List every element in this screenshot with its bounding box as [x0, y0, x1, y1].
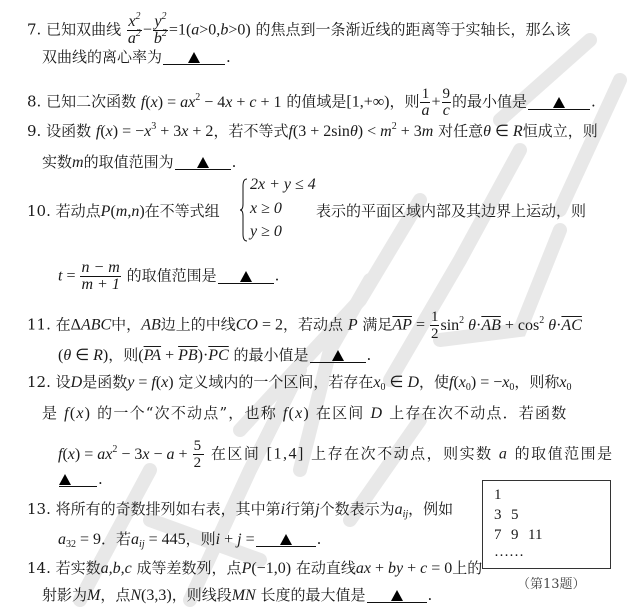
- formula: aij: [395, 501, 409, 518]
- problem-text: ，则称: [514, 373, 559, 391]
- formula: f(3 + 2sinθ) < m2 + 3m: [288, 123, 433, 140]
- formula: (θ ∈ R): [58, 347, 108, 364]
- problem-text: 成等差数列，点: [137, 559, 242, 577]
- problem-text: ，则线段: [172, 586, 232, 604]
- table-row: 7911: [494, 527, 545, 544]
- table-row: 35: [494, 507, 528, 524]
- fraction-x2-a2: x2a2: [127, 14, 142, 47]
- fraction-1-a: 1a: [420, 86, 430, 119]
- inequality-row: y ≥ 0: [250, 223, 282, 241]
- problem-text: 设函数: [46, 122, 91, 140]
- answer-blank[interactable]: [218, 269, 274, 284]
- problem-number: 13.: [27, 500, 51, 518]
- problem-text: 射影为: [42, 586, 87, 604]
- period: .: [591, 93, 596, 111]
- problem-13-line2: a32 = 9．若aij = 445，则i + j =.: [58, 530, 321, 549]
- inequality-row: x ≥ 0: [250, 200, 282, 218]
- problem-text: 在区间: [211, 445, 261, 463]
- problem-number: 10.: [27, 202, 51, 220]
- problem-text: ，则: [389, 93, 419, 111]
- problem-text: 上的: [452, 559, 482, 577]
- fraction-five-halves: 52: [193, 438, 204, 471]
- formula: ax + by + c = 0: [356, 560, 452, 577]
- formula: f(x): [64, 405, 91, 422]
- formula: N(3,3): [130, 587, 171, 604]
- problem-text: 的一个“次不动点”，也称: [97, 404, 277, 422]
- problem-14-line2: 射影为M，点N(3,3)，则线段MN 长度的最大值是.: [42, 586, 432, 605]
- problem-12-line4: .: [58, 470, 103, 488]
- inequality-row: 2x + y ≤ 4: [250, 176, 316, 194]
- formula: P(m,n): [101, 203, 145, 220]
- answer-blank[interactable]: [59, 472, 97, 487]
- triangle-marker-icon: [59, 474, 71, 485]
- formula: MN: [232, 587, 256, 604]
- fraction-9-c: 9c: [442, 86, 452, 119]
- formula: ΔABC: [71, 317, 112, 334]
- formula: D: [71, 374, 83, 391]
- problem-7-line1: 7. 已知双曲线 x2a2−y2b2=1(a>0,b>0) 的焦点到一条渐近线的…: [27, 14, 570, 47]
- problem-text: 对任意: [438, 122, 483, 140]
- triangle-marker-icon: [240, 271, 252, 282]
- formula: y = f(x): [127, 374, 173, 391]
- triangle-marker-icon: [553, 97, 565, 108]
- problem-text: 上存在次不动点，则实数: [311, 445, 493, 463]
- problem-text: 已知二次函数: [46, 93, 136, 111]
- problem-text: ．若: [101, 530, 131, 548]
- problem-11-line1: 11. 在ΔABC中，AB边上的中线CO = 2，若动点 P 满足AP = 12…: [27, 309, 582, 342]
- formula: CO = 2: [236, 317, 283, 334]
- answer-blank[interactable]: [163, 50, 225, 65]
- table-row: 1: [494, 487, 511, 504]
- problem-8-line1: 8. 已知二次函数 f(x) = ax2 − 4x + c + 1 的值域是[1…: [27, 86, 596, 119]
- problem-text: 将所有的奇数排列如右表，其中第: [56, 500, 281, 518]
- left-brace-icon: [240, 178, 248, 242]
- problem-10-line2: t = n − mm + 1 的取值范围是.: [58, 260, 279, 293]
- problem-text: 实数: [42, 153, 72, 171]
- problem-text: ，点: [100, 586, 130, 604]
- table-cell: 1: [494, 487, 511, 504]
- formula: x0 ∈ D: [373, 374, 419, 391]
- answer-blank[interactable]: [310, 348, 366, 363]
- problem-text: 的取值范围是: [515, 445, 614, 463]
- problem-text: 恒成立，则: [523, 122, 598, 140]
- problem-13-line1: 13. 将所有的奇数排列如右表，其中第i行第j个数表示为aij，例如: [27, 500, 453, 519]
- answer-blank[interactable]: [367, 588, 427, 603]
- formula: f(x) = ax2 − 3x − a +: [58, 446, 192, 463]
- problem-number: 14.: [27, 559, 51, 577]
- formula: f(x0) = −x0: [449, 374, 514, 391]
- period: .: [98, 470, 103, 488]
- table-cell: 3: [494, 507, 511, 524]
- problem-12-line2: 是 f(x) 的一个“次不动点”，也称 f(x) 在区间 D 上存在次不动点．若…: [42, 404, 567, 423]
- table-row: ……: [494, 544, 524, 561]
- interval: [1,4]: [267, 446, 305, 463]
- problem-text: 在动直线: [296, 559, 356, 577]
- fraction-y2-b2: y2b2: [153, 14, 168, 47]
- problem-text: 表示的平面区域内部及其边界上运动，则: [316, 202, 586, 220]
- fraction-one-half: 12: [430, 309, 440, 342]
- problem-9-line1: 9. 设函数 f(x) = −x3 + 3x + 2，若不等式f(3 + 2si…: [27, 122, 598, 141]
- formula-vector: AP =: [392, 317, 429, 334]
- formula: aij = 445: [131, 531, 186, 548]
- problem-text: ，例如: [408, 500, 453, 518]
- problem-text: 在: [56, 316, 71, 334]
- problem-number: 9.: [27, 122, 41, 140]
- formula: f(x) = −x3 + 3x + 2: [96, 123, 214, 140]
- formula: a,b,c: [101, 560, 132, 577]
- table-cell: 9: [511, 527, 528, 544]
- table-cell: 11: [528, 527, 545, 544]
- variable: m: [72, 154, 84, 171]
- problem-text: 行第: [285, 500, 315, 518]
- formula: P(−1,0): [242, 560, 291, 577]
- problem-7-line2: 双曲线的离心率为.: [42, 48, 231, 66]
- triangle-marker-icon: [188, 52, 200, 63]
- inequality-system: 2x + y ≤ 4 x ≥ 0 y ≥ 0: [240, 176, 320, 246]
- problem-text: 的取值范围为: [84, 153, 174, 171]
- formula: D: [370, 405, 383, 422]
- problem-text: 双曲线的离心率为: [42, 48, 162, 66]
- formula-vector: (PA + PB)·PC: [138, 347, 229, 364]
- problem-text: ，则: [108, 346, 138, 364]
- problem-9-line2: 实数m的取值范围为.: [42, 153, 236, 172]
- problem-text: 边上的中线: [161, 316, 236, 334]
- problem-text: 的焦点到一条渐近线的距离等于实轴长，那么该: [255, 21, 570, 39]
- fraction-t: n − mm + 1: [80, 260, 120, 293]
- formula: θ ∈ R: [483, 123, 523, 140]
- problem-text: 满足: [362, 316, 392, 334]
- problem-text: 已知双曲线: [46, 21, 121, 39]
- figure-caption: （第13题）: [517, 573, 586, 592]
- problem-text: ，则: [186, 530, 216, 548]
- problem-text: 若动点: [56, 202, 101, 220]
- problem-text: 若实数: [56, 559, 101, 577]
- problem-text: ，若不等式: [213, 122, 288, 140]
- period: .: [367, 346, 372, 364]
- problem-number: 8.: [27, 93, 41, 111]
- table-cell: 5: [511, 507, 528, 524]
- problem-text: ，使: [419, 373, 449, 391]
- triangle-marker-icon: [197, 157, 209, 168]
- problem-number: 11.: [27, 316, 51, 334]
- answer-blank[interactable]: [175, 155, 231, 170]
- table-cell: 7: [494, 527, 511, 544]
- problem-text: 个数表示为: [320, 500, 395, 518]
- triangle-marker-icon: [332, 350, 344, 361]
- variable: a: [499, 446, 509, 463]
- problem-text: 在区间: [316, 404, 365, 422]
- formula: i + j =: [216, 531, 255, 548]
- problem-text: 设: [56, 373, 71, 391]
- formula: AB: [141, 317, 161, 334]
- period: .: [232, 153, 237, 171]
- problem-text: 上存在次不动点．若函数: [389, 404, 567, 422]
- problem-text: 长度的最大值是: [260, 586, 365, 604]
- formula: a32 = 9: [58, 531, 101, 548]
- problem-text: 的最小值是: [452, 93, 527, 111]
- triangle-marker-icon: [280, 534, 292, 545]
- period: .: [317, 530, 322, 548]
- problem-10-line1: 10. 若动点P(m,n)在不等式组: [27, 202, 220, 221]
- problem-text: 的值域是: [286, 93, 346, 111]
- problem-text: ，若动点: [283, 316, 343, 334]
- problem-text: 的最小值是: [234, 346, 309, 364]
- problem-10-line1-tail: 表示的平面区域内部及其边界上运动，则: [316, 202, 586, 220]
- problem-text: 中，: [111, 316, 141, 334]
- answer-blank[interactable]: [528, 95, 590, 110]
- problem-11-line2: (θ ∈ R)，则(PA + PB)·PC 的最小值是.: [58, 346, 371, 365]
- problem-text: 在不等式组: [145, 202, 220, 220]
- problem-12-line3: f(x) = ax2 − 3x − a + 52 在区间 [1,4] 上存在次不…: [58, 438, 614, 471]
- period: .: [226, 48, 231, 66]
- problem-text: 是函数: [82, 373, 127, 391]
- formula: x0: [559, 374, 571, 391]
- table-cell: ……: [494, 544, 524, 561]
- problem-text: 定义域内的一个区间，若存在: [178, 373, 373, 391]
- odd-number-table: 1 35 7911 ……: [482, 480, 611, 569]
- period: .: [428, 586, 433, 604]
- problem-text: 的取值范围是: [127, 267, 217, 285]
- formula: P: [348, 317, 358, 334]
- interval: [1,+∞): [346, 94, 389, 111]
- problem-number: 7.: [27, 21, 41, 39]
- problem-text: 是: [42, 404, 58, 422]
- problem-number: 12.: [27, 373, 51, 391]
- problem-12-line1: 12. 设D是函数y = f(x) 定义域内的一个区间，若存在x0 ∈ D，使f…: [27, 373, 572, 392]
- triangle-marker-icon: [391, 590, 403, 601]
- period: .: [275, 267, 280, 285]
- formula: M: [87, 587, 100, 604]
- problem-14-line1: 14. 若实数a,b,c 成等差数列，点P(−1,0) 在动直线ax + by …: [27, 559, 482, 578]
- formula: f(x): [283, 405, 310, 422]
- answer-blank[interactable]: [256, 532, 316, 547]
